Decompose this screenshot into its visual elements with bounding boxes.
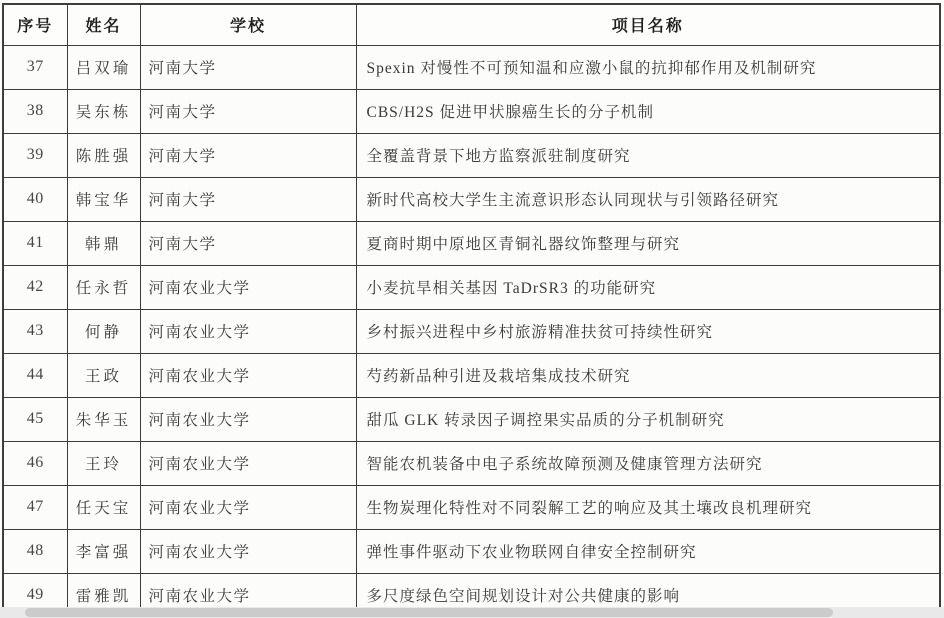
cell-school: 河南大学 (140, 89, 356, 133)
table-row: 37吕双瑜河南大学Spexin 对慢性不可预知温和应激小鼠的抗抑郁作用及机制研究 (3, 45, 940, 89)
cell-school: 河南农业大学 (140, 397, 356, 441)
table-row: 45朱华玉河南农业大学甜瓜 GLK 转录因子调控果实品质的分子机制研究 (3, 397, 940, 441)
cell-name: 何静 (67, 309, 140, 353)
column-header-project: 项目名称 (356, 4, 940, 45)
cell-name: 任永哲 (67, 265, 140, 309)
column-header-no: 序号 (3, 4, 67, 45)
cell-no: 48 (3, 529, 67, 573)
scrollbar-thumb[interactable] (25, 608, 833, 617)
cell-school: 河南农业大学 (140, 529, 356, 573)
document-page: 序号 姓名 学校 项目名称 37吕双瑜河南大学Spexin 对慢性不可预知温和应… (0, 0, 944, 618)
cell-no: 41 (3, 221, 67, 265)
table-row: 38吴东栋河南大学CBS/H2S 促进甲状腺癌生长的分子机制 (3, 89, 940, 133)
cell-no: 39 (3, 133, 67, 177)
cell-no: 45 (3, 397, 67, 441)
cell-project: 甜瓜 GLK 转录因子调控果实品质的分子机制研究 (356, 397, 940, 441)
horizontal-scrollbar[interactable] (0, 607, 944, 618)
cell-no: 44 (3, 353, 67, 397)
cell-name: 李富强 (67, 529, 140, 573)
header-row: 序号 姓名 学校 项目名称 (3, 4, 940, 45)
cell-project: Spexin 对慢性不可预知温和应激小鼠的抗抑郁作用及机制研究 (356, 45, 940, 89)
cell-name: 朱华玉 (67, 397, 140, 441)
cell-school: 河南大学 (140, 221, 356, 265)
cell-no: 40 (3, 177, 67, 221)
cell-school: 河南农业大学 (140, 265, 356, 309)
table-row: 39陈胜强河南大学全覆盖背景下地方监察派驻制度研究 (3, 133, 940, 177)
table-row: 44王政河南农业大学芍药新品种引进及栽培集成技术研究 (3, 353, 940, 397)
cell-no: 37 (3, 45, 67, 89)
cell-school: 河南大学 (140, 177, 356, 221)
cell-no: 46 (3, 441, 67, 485)
cell-name: 吴东栋 (67, 89, 140, 133)
cell-project: 智能农机装备中电子系统故障预测及健康管理方法研究 (356, 441, 940, 485)
cell-name: 吕双瑜 (67, 45, 140, 89)
table-row: 41韩鼎河南大学夏商时期中原地区青铜礼器纹饰整理与研究 (3, 221, 940, 265)
table-body: 37吕双瑜河南大学Spexin 对慢性不可预知温和应激小鼠的抗抑郁作用及机制研究… (3, 45, 940, 617)
column-header-name: 姓名 (67, 4, 140, 45)
cell-name: 陈胜强 (67, 133, 140, 177)
cell-project: 芍药新品种引进及栽培集成技术研究 (356, 353, 940, 397)
cell-name: 王玲 (67, 441, 140, 485)
projects-table: 序号 姓名 学校 项目名称 37吕双瑜河南大学Spexin 对慢性不可预知温和应… (2, 3, 941, 618)
cell-project: CBS/H2S 促进甲状腺癌生长的分子机制 (356, 89, 940, 133)
table-row: 42任永哲河南农业大学小麦抗旱相关基因 TaDrSR3 的功能研究 (3, 265, 940, 309)
cell-no: 42 (3, 265, 67, 309)
table-row: 47任天宝河南农业大学生物炭理化特性对不同裂解工艺的响应及其土壤改良机理研究 (3, 485, 940, 529)
cell-school: 河南农业大学 (140, 353, 356, 397)
table-row: 48李富强河南农业大学弹性事件驱动下农业物联网自律安全控制研究 (3, 529, 940, 573)
table-row: 43何静河南农业大学乡村振兴进程中乡村旅游精准扶贫可持续性研究 (3, 309, 940, 353)
cell-no: 47 (3, 485, 67, 529)
cell-project: 乡村振兴进程中乡村旅游精准扶贫可持续性研究 (356, 309, 940, 353)
cell-school: 河南农业大学 (140, 441, 356, 485)
cell-name: 任天宝 (67, 485, 140, 529)
cell-name: 韩宝华 (67, 177, 140, 221)
table-row: 40韩宝华河南大学新时代高校大学生主流意识形态认同现状与引领路径研究 (3, 177, 940, 221)
cell-school: 河南大学 (140, 45, 356, 89)
cell-no: 38 (3, 89, 67, 133)
cell-project: 弹性事件驱动下农业物联网自律安全控制研究 (356, 529, 940, 573)
cell-project: 新时代高校大学生主流意识形态认同现状与引领路径研究 (356, 177, 940, 221)
cell-school: 河南大学 (140, 133, 356, 177)
cell-name: 王政 (67, 353, 140, 397)
cell-school: 河南农业大学 (140, 485, 356, 529)
cell-project: 全覆盖背景下地方监察派驻制度研究 (356, 133, 940, 177)
cell-project: 小麦抗旱相关基因 TaDrSR3 的功能研究 (356, 265, 940, 309)
cell-school: 河南农业大学 (140, 309, 356, 353)
column-header-school: 学校 (140, 4, 356, 45)
cell-project: 夏商时期中原地区青铜礼器纹饰整理与研究 (356, 221, 940, 265)
cell-name: 韩鼎 (67, 221, 140, 265)
cell-no: 43 (3, 309, 67, 353)
table-row: 46王玲河南农业大学智能农机装备中电子系统故障预测及健康管理方法研究 (3, 441, 940, 485)
cell-project: 生物炭理化特性对不同裂解工艺的响应及其土壤改良机理研究 (356, 485, 940, 529)
